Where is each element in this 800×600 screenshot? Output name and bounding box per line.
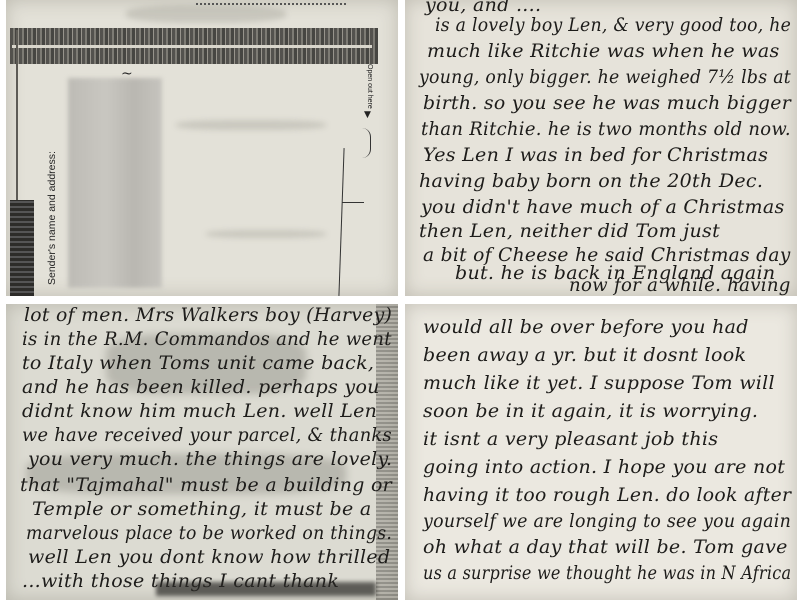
handwritten-line: lot of men. Mrs Walkers boy (Harvey) [24,304,392,326]
handwritten-line: going into action. I hope you are not [423,456,785,478]
handwritten-line: oh what a day that will be. Tom gave [423,536,788,558]
letter-page-3: would all be over before you had been aw… [405,304,797,600]
handwritten-line: we have received your parcel, & thanks [22,424,392,446]
handwritten-line: yourself we are longing to see you again [423,510,791,532]
handwritten-line: now for a while. having [569,274,791,296]
handwritten-line: you very much. the things are lovely. [28,448,392,470]
horizontal-tick [342,202,364,203]
smudge [126,5,286,23]
dark-smear [156,582,376,596]
arrow-down-icon: ▼ [364,110,371,120]
smudge [176,120,326,130]
handwritten-line: birth. so you see he was much bigger [423,92,791,114]
letter-page-1: you, and .... is a lovely boy Len, & ver… [405,0,797,296]
handwritten-line: that "Tajmahal" must be a building or [20,474,392,496]
smudge [206,230,326,238]
redacted-address-block [68,78,162,288]
letter-page-2: lot of men. Mrs Walkers boy (Harvey) is … [6,304,398,600]
handwritten-line: marvelous place to be worked on things. [26,522,392,544]
handwritten-line: it isnt a very pleasant job this [423,428,718,450]
handwritten-line: much like Ritchie was when he was [427,40,780,62]
handwritten-line: us a surprise we thought he was in N Afr… [423,562,791,584]
handwritten-line: Temple or something, it must be a [32,498,372,520]
handwritten-line: having baby born on the 20th Dec. [419,170,763,192]
handwritten-line: and he has been killed. perhaps you [22,376,380,398]
handwritten-line: soon be in it again, it is worrying. [423,400,758,422]
handwritten-line: you didn't have much of a Christmas [421,196,785,218]
envelope-sender-panel: ~ Sender's name and address: Open out he… [6,0,398,296]
open-out-here-label: Open out here [366,64,373,109]
handwritten-line: been away a yr. but it dosnt look [423,344,746,366]
sender-name-label: Sender's name and address: [46,151,58,285]
handwritten-line: would all be over before you had [423,316,749,338]
handwritten-line: didnt know him much Len. well Len [22,400,377,422]
handwritten-line: is in the R.M. Commandos and he went [22,328,392,350]
handwritten-line: well Len you dont know how thrilled [28,546,390,568]
handwritten-line: than Ritchie. he is two months old now. [421,118,791,140]
handwritten-line: much like it yet. I suppose Tom will [423,372,775,394]
handwritten-line: young, only bigger. he weighed 7½ lbs at [419,66,791,88]
handwritten-line: Yes Len I was in bed for Christmas [423,144,768,166]
left-dark-edge [10,200,34,296]
handwritten-line: is a lovely boy Len, & very good too, he [435,14,791,36]
handwritten-line: to Italy when Toms unit came back, [22,352,374,374]
fold-curve [362,128,371,158]
vertical-rule [338,148,344,296]
handwritten-line: then Len, neither did Tom just [419,220,720,242]
handwritten-line: having it too rough Len. do look after [423,484,791,506]
strip-highlight [12,45,372,48]
